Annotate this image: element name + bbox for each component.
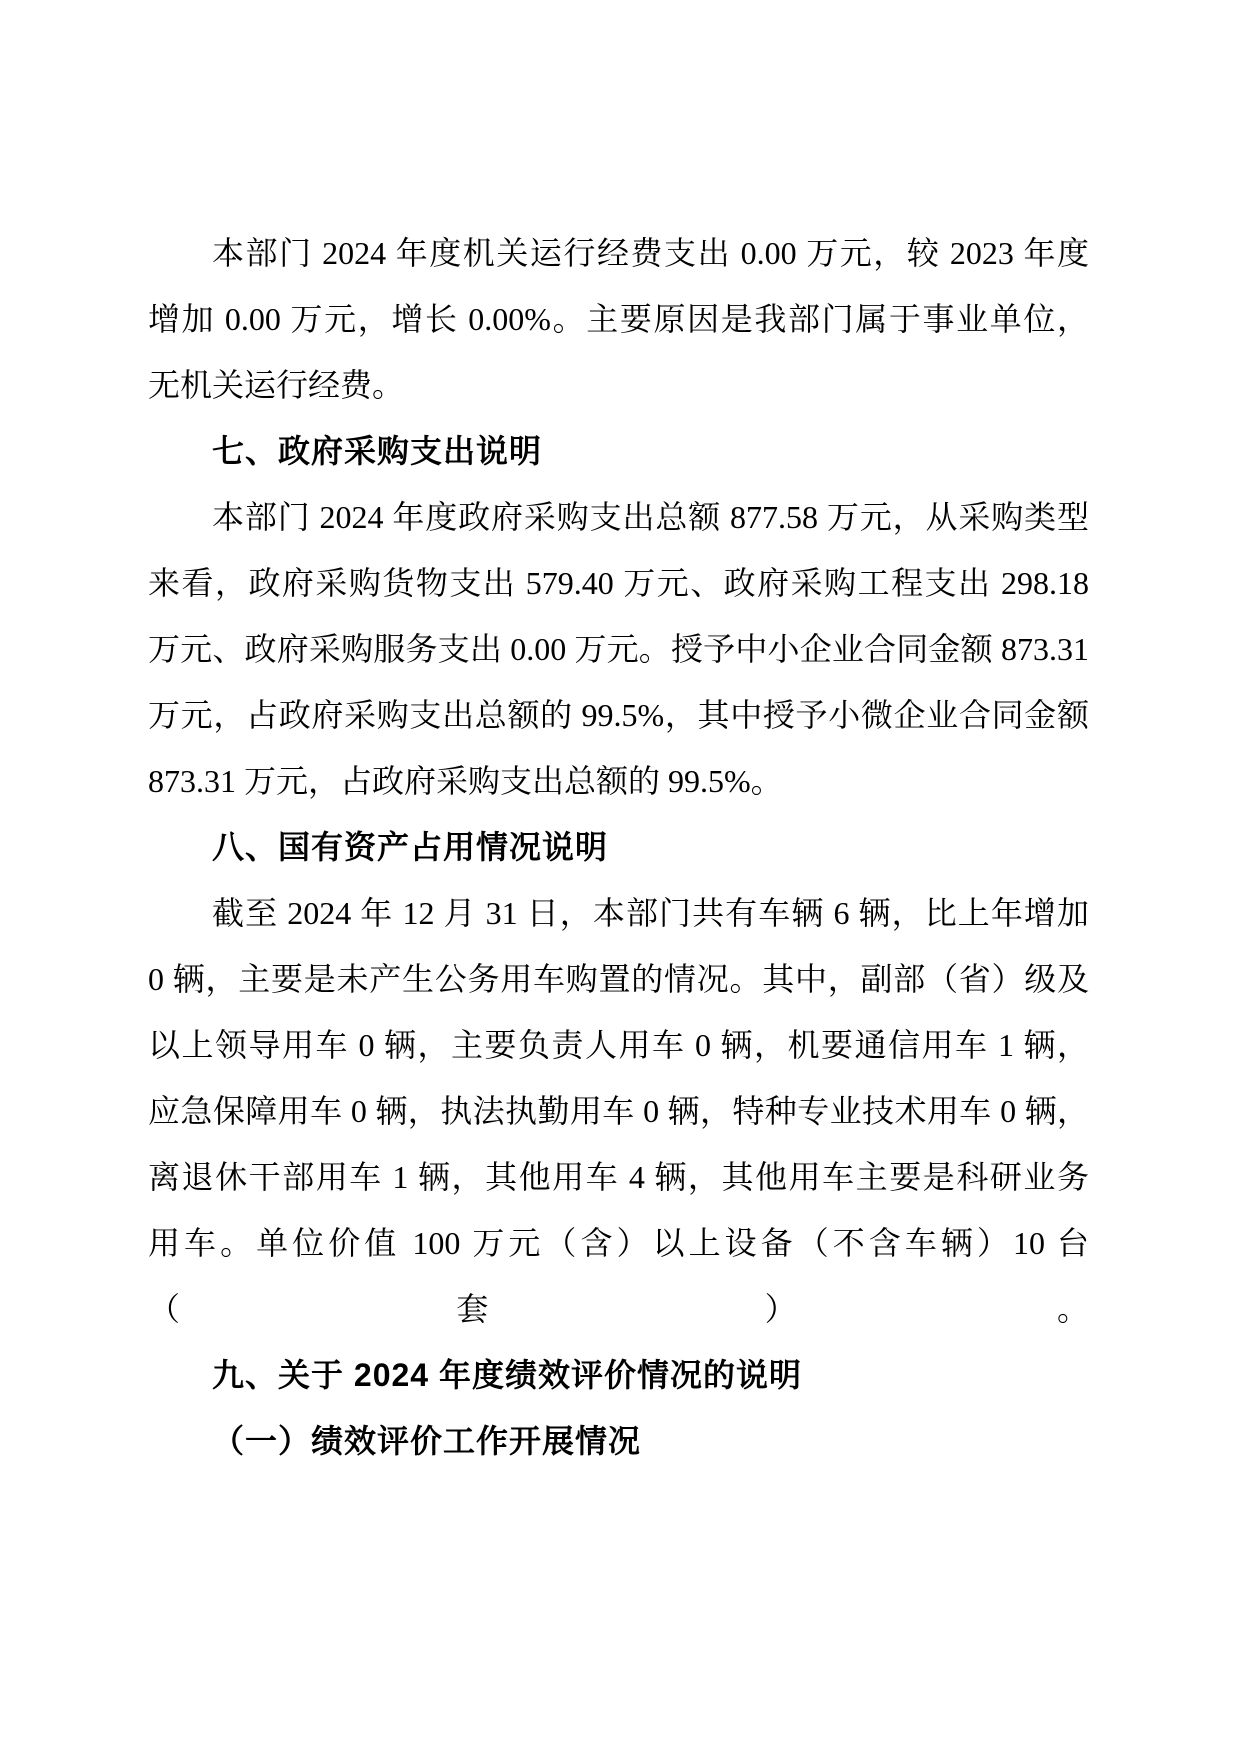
paragraph-line: 以上领导用车 0 辆，主要负责人用车 0 辆，机要通信用车 1 辆， bbox=[148, 1012, 1089, 1078]
document-page: 本部门 2024 年度机关运行经费支出 0.00 万元，较 2023 年度 增加… bbox=[0, 0, 1241, 1754]
section-heading-government-procurement: 七、政府采购支出说明 bbox=[148, 418, 1089, 484]
paragraph-line: 873.31 万元，占政府采购支出总额的 99.5%。 bbox=[148, 748, 1089, 814]
paragraph-line: 来看，政府采购货物支出 579.40 万元、政府采购工程支出 298.18 bbox=[148, 550, 1089, 616]
subsection-heading-performance-work: （一）绩效评价工作开展情况 bbox=[148, 1408, 1089, 1474]
paragraph-line: 用车。单位价值 100 万元（含）以上设备（不含车辆）10 台（套）。 bbox=[148, 1210, 1089, 1342]
paragraph-line: 本部门 2024 年度政府采购支出总额 877.58 万元，从采购类型 bbox=[148, 484, 1089, 550]
document-text-block: 本部门 2024 年度机关运行经费支出 0.00 万元，较 2023 年度 增加… bbox=[148, 220, 1089, 1474]
paragraph-line: 应急保障用车 0 辆，执法执勤用车 0 辆，特种专业技术用车 0 辆， bbox=[148, 1078, 1089, 1144]
section-heading-performance-evaluation: 九、关于 2024 年度绩效评价情况的说明 bbox=[148, 1342, 1089, 1408]
section-heading-state-assets: 八、国有资产占用情况说明 bbox=[148, 814, 1089, 880]
paragraph-line: 离退休干部用车 1 辆，其他用车 4 辆，其他用车主要是科研业务 bbox=[148, 1144, 1089, 1210]
paragraph-line: 本部门 2024 年度机关运行经费支出 0.00 万元，较 2023 年度 bbox=[148, 220, 1089, 286]
paragraph-line: 万元、政府采购服务支出 0.00 万元。授予中小企业合同金额 873.31 bbox=[148, 616, 1089, 682]
paragraph-line: 截至 2024 年 12 月 31 日，本部门共有车辆 6 辆，比上年增加 bbox=[148, 880, 1089, 946]
paragraph-line: 无机关运行经费。 bbox=[148, 352, 1089, 418]
paragraph-line: 万元，占政府采购支出总额的 99.5%，其中授予小微企业合同金额 bbox=[148, 682, 1089, 748]
paragraph-line: 增加 0.00 万元，增长 0.00%。主要原因是我部门属于事业单位， bbox=[148, 286, 1089, 352]
paragraph-line: 0 辆，主要是未产生公务用车购置的情况。其中，副部（省）级及 bbox=[148, 946, 1089, 1012]
